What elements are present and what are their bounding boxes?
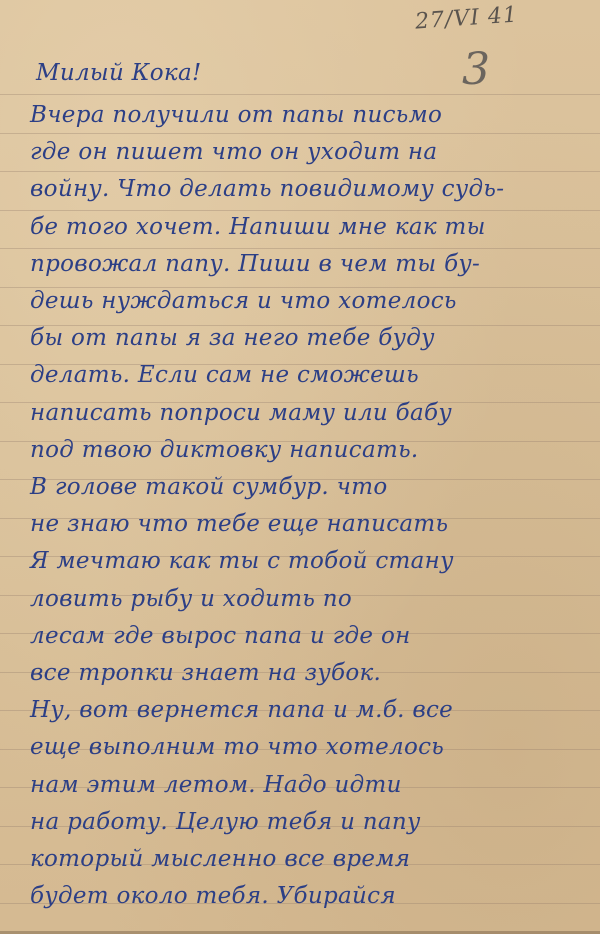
letter-date: 27/VI 41 <box>414 2 518 34</box>
ruled-line <box>0 94 600 95</box>
letter-line: бе того хочет. Напиши мне как ты <box>30 216 486 239</box>
page-number: 3 <box>462 44 490 95</box>
letter-line: Я мечтаю как ты с тобой стану <box>30 550 454 573</box>
letter-line: на работу. Целую тебя и папу <box>30 811 421 834</box>
letter-line: который мысленно все время <box>30 848 410 871</box>
letter-line: дешь нуждаться и что хотелось <box>30 290 457 313</box>
letter-line: еще выполним то что хотелось <box>30 736 444 759</box>
letter-line: будет около тебя. Убирайся <box>30 885 396 908</box>
ruled-line <box>0 248 600 249</box>
letter-page: 27/VI 41 3 Милый Кока! Вчера получили от… <box>0 0 600 934</box>
letter-line: войну. Что делать повидимому судь- <box>30 178 504 201</box>
letter-line: Вчера получили от папы письмо <box>30 104 442 127</box>
letter-line: лесам где вырос папа и где он <box>30 625 411 648</box>
letter-line: ловить рыбу и ходить по <box>30 588 352 611</box>
letter-line: делать. Если сам не сможешь <box>30 364 419 387</box>
letter-line: написать попроси маму или бабу <box>30 402 452 425</box>
ruled-line <box>0 171 600 172</box>
letter-line: В голове такой сумбур. что <box>30 476 388 499</box>
letter-line: провожал папу. Пиши в чем ты бу- <box>30 253 480 276</box>
ruled-line <box>0 210 600 211</box>
letter-line: Ну, вот вернется папа и м.б. все <box>30 699 453 722</box>
letter-line: где он пишет что он уходит на <box>30 141 437 164</box>
letter-line: под твою диктовку написать. <box>30 439 419 462</box>
letter-greeting: Милый Кока! <box>36 62 202 85</box>
letter-line: нам этим летом. Надо идти <box>30 774 402 797</box>
ruled-line <box>0 133 600 134</box>
letter-line: не знаю что тебе еще написать <box>30 513 448 536</box>
letter-line: все тропки знает на зубок. <box>30 662 381 685</box>
letter-line: бы от папы я за него тебе буду <box>30 327 435 350</box>
